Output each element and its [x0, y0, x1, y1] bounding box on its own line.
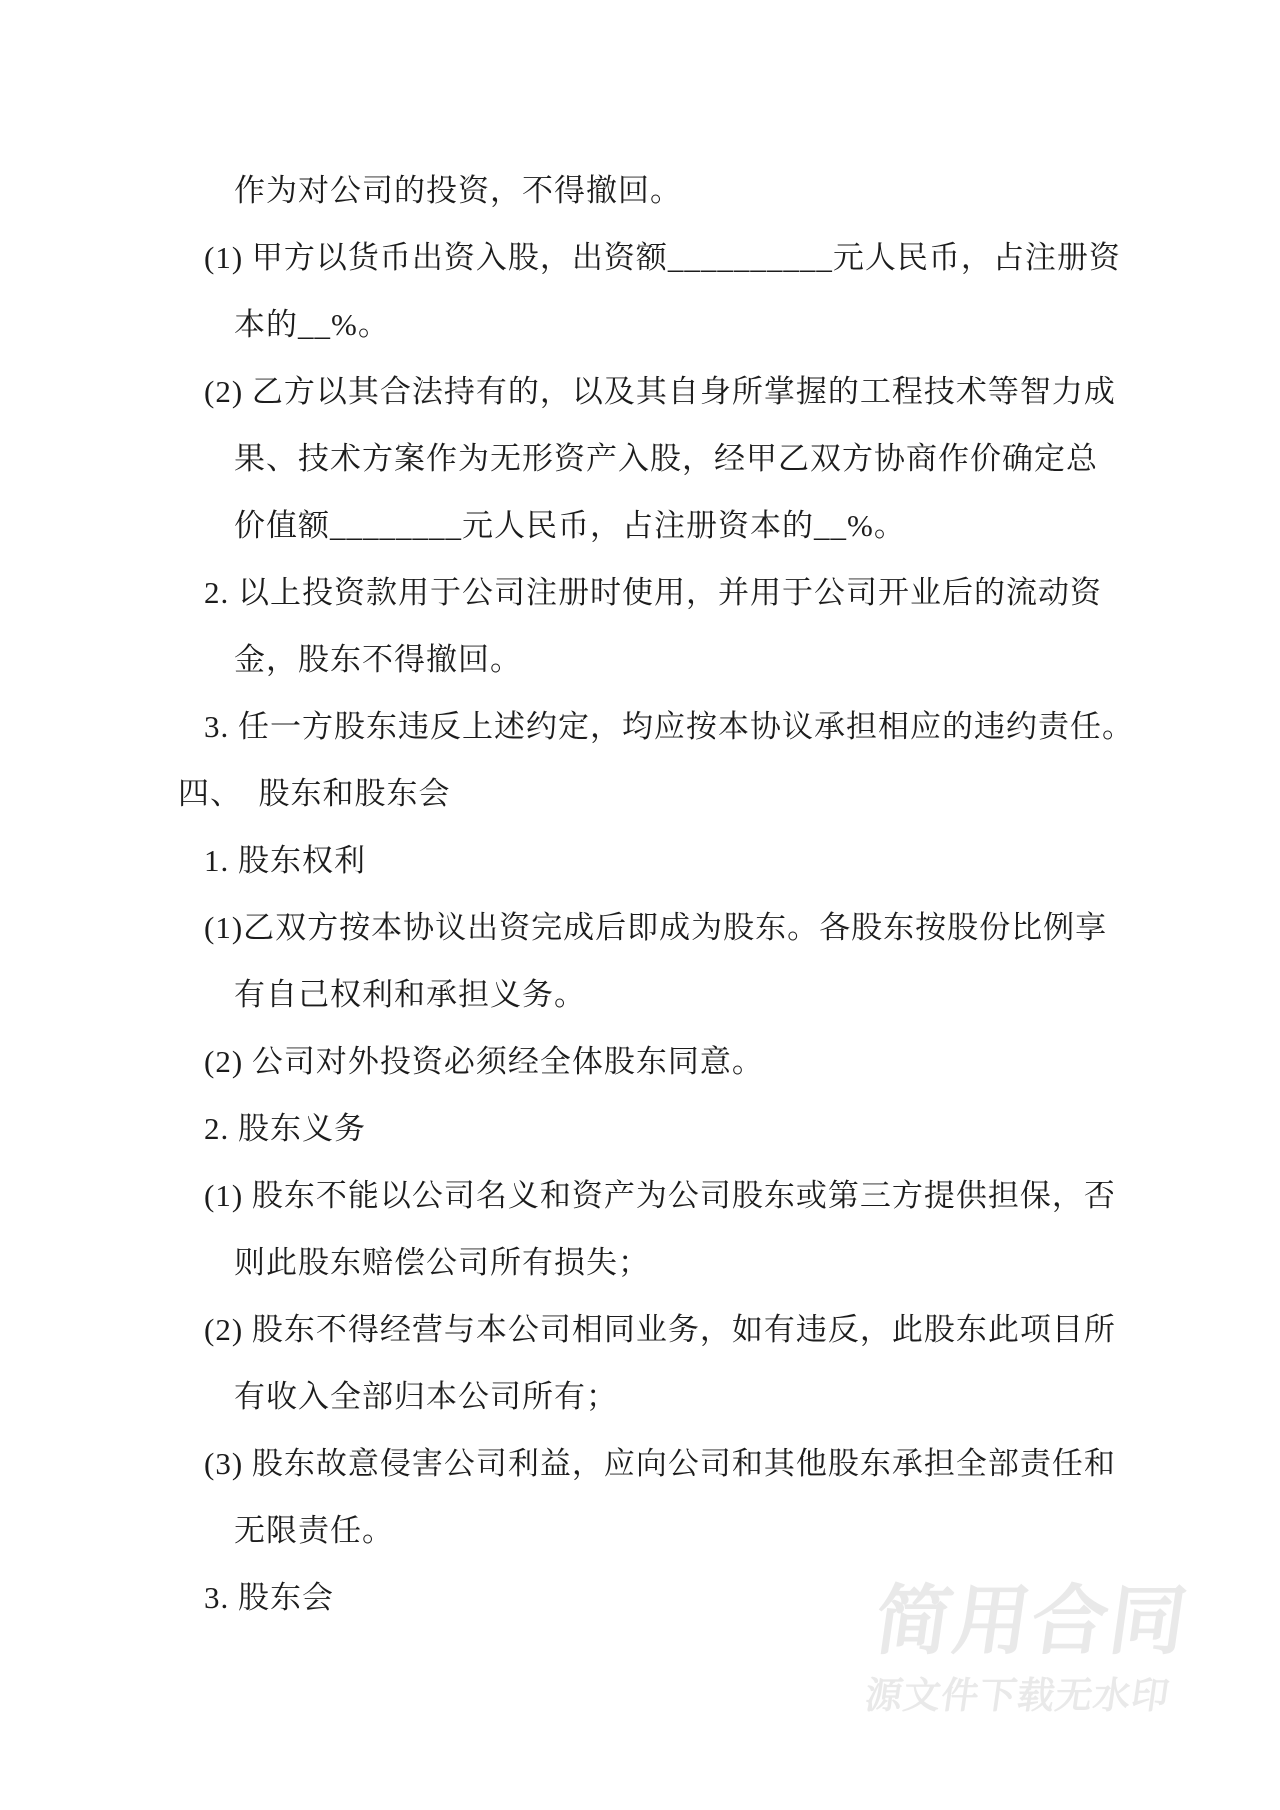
- document-line: 本的__%。: [0, 288, 1280, 355]
- document-line: 3. 任一方股东违反上述约定，均应按本协议承担相应的违约责任。: [0, 690, 1280, 757]
- document-line: (2) 乙方以其合法持有的，以及其自身所掌握的工程技术等智力成: [0, 355, 1280, 422]
- document-line: (2) 公司对外投资必须经全体股东同意。: [0, 1025, 1280, 1092]
- document-line: 1. 股东权利: [0, 824, 1280, 891]
- document-line: 果、技术方案作为无形资产入股，经甲乙双方协商作价确定总: [0, 422, 1280, 489]
- contract-page: 作为对公司的投资，不得撤回。 (1) 甲方以货币出资入股，出资额________…: [0, 0, 1280, 1810]
- contract-body: 作为对公司的投资，不得撤回。 (1) 甲方以货币出资入股，出资额________…: [0, 154, 1280, 1628]
- document-line: 金，股东不得撤回。: [0, 623, 1280, 690]
- document-line: (1) 股东不能以公司名义和资产为公司股东或第三方提供担保，否: [0, 1159, 1280, 1226]
- watermark-tagline-text: 源文件下载无水印: [863, 1676, 1229, 1716]
- document-line: 作为对公司的投资，不得撤回。: [0, 154, 1280, 221]
- document-line: (1) 甲方以货币出资入股，出资额__________元人民币，占注册资: [0, 221, 1280, 288]
- document-line: 无限责任。: [0, 1494, 1280, 1561]
- document-line: 有自己权利和承担义务。: [0, 958, 1280, 1025]
- document-line: (3) 股东故意侵害公司利益，应向公司和其他股东承担全部责任和: [0, 1427, 1280, 1494]
- document-line: (1)乙双方按本协议出资完成后即成为股东。各股东按股份比例享: [0, 891, 1280, 958]
- document-line: (2) 股东不得经营与本公司相同业务，如有违反，此股东此项目所: [0, 1293, 1280, 1360]
- document-line: 3. 股东会: [0, 1561, 1280, 1628]
- document-line: 2. 股东义务: [0, 1092, 1280, 1159]
- document-line: 有收入全部归本公司所有；: [0, 1360, 1280, 1427]
- document-line: 价值额________元人民币，占注册资本的__%。: [0, 489, 1280, 556]
- section-heading: 四、 股东和股东会: [0, 757, 1280, 824]
- document-line: 则此股东赔偿公司所有损失；: [0, 1226, 1280, 1293]
- document-line: 2. 以上投资款用于公司注册时使用，并用于公司开业后的流动资: [0, 556, 1280, 623]
